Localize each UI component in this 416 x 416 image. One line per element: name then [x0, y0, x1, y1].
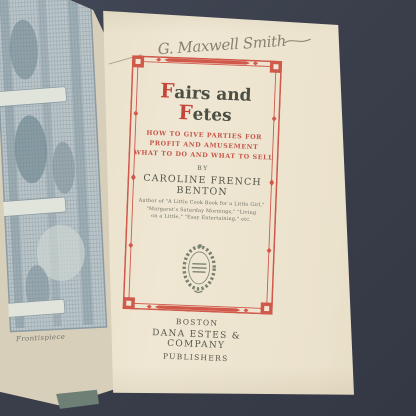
book-photo: Frontispiece G. Maxwell Smith — [0, 0, 416, 416]
book-title: Fairs and Fetes — [130, 79, 282, 127]
publisher-imprint: BOSTON DANA ESTES & COMPANY PUBLISHERS — [121, 315, 273, 365]
owner-signature-text: G. Maxwell Smith — [157, 32, 286, 58]
publisher-name: DANA ESTES & COMPANY — [121, 327, 272, 353]
signature-flourish — [284, 35, 313, 47]
author-credits: Author of "A Little Cook Book for a Litt… — [126, 197, 277, 225]
title-initial-2: F — [178, 100, 193, 125]
publisher-emblem-icon — [123, 239, 275, 303]
title-page-content: G. Maxwell Smith — [87, 10, 348, 409]
title-initial-1: F — [160, 78, 175, 103]
publisher-role: PUBLISHERS — [121, 350, 271, 365]
subtitle: HOW TO GIVE PARTIES FOR PROFIT AND AMUSE… — [128, 128, 279, 163]
title-border-frame: Fairs and Fetes HOW TO GIVE PARTIES FOR … — [123, 55, 283, 315]
title-segment-2: etes — [192, 105, 232, 126]
author-name: CAROLINE FRENCH BENTON — [127, 172, 278, 200]
